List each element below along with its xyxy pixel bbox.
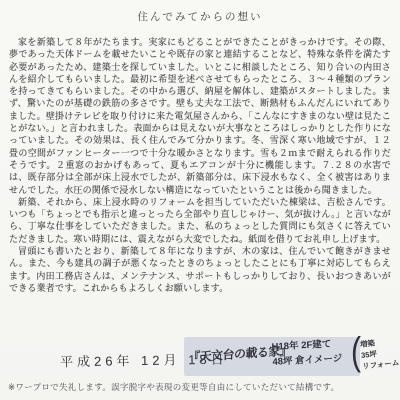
handwritten-brace-note: ( 増築 35坪 リフォーム	[351, 333, 398, 373]
footer-note: ※ワープロで失礼します。誤字脱字や表現の変更等自由にしていただいて結構です。	[8, 381, 339, 393]
handwritten-annotations: H18年 2F建て 48坪 倉イメージ	[271, 336, 342, 370]
paragraph-construction-story: 家を新築して８年がたちます。実家にもどることができたことがきっかけです。その際、…	[9, 36, 391, 196]
scanned-letter-page: 住んでみてからの想い 家を新築して８年がたちます。実家にもどることができたことが…	[0, 0, 400, 400]
paragraph-closing: 冒頭にも書いたとおり、新築して８年になりますが、木の家は、住んでいて飽きがきませ…	[9, 245, 391, 294]
paragraph-carpenter-thanks: 新築、それから、床上浸水時のリフォームを担当していただいた棟梁は、吉松さんです。…	[9, 196, 391, 245]
letter-body: 家を新築して８年がたちます。実家にもどることができたことがきっかけです。その際、…	[0, 36, 400, 294]
brace-note-lines: 増築 35坪 リフォーム	[359, 335, 399, 372]
page-title: 住んでみてからの想い	[0, 9, 400, 24]
brace-mark: (	[351, 327, 361, 379]
